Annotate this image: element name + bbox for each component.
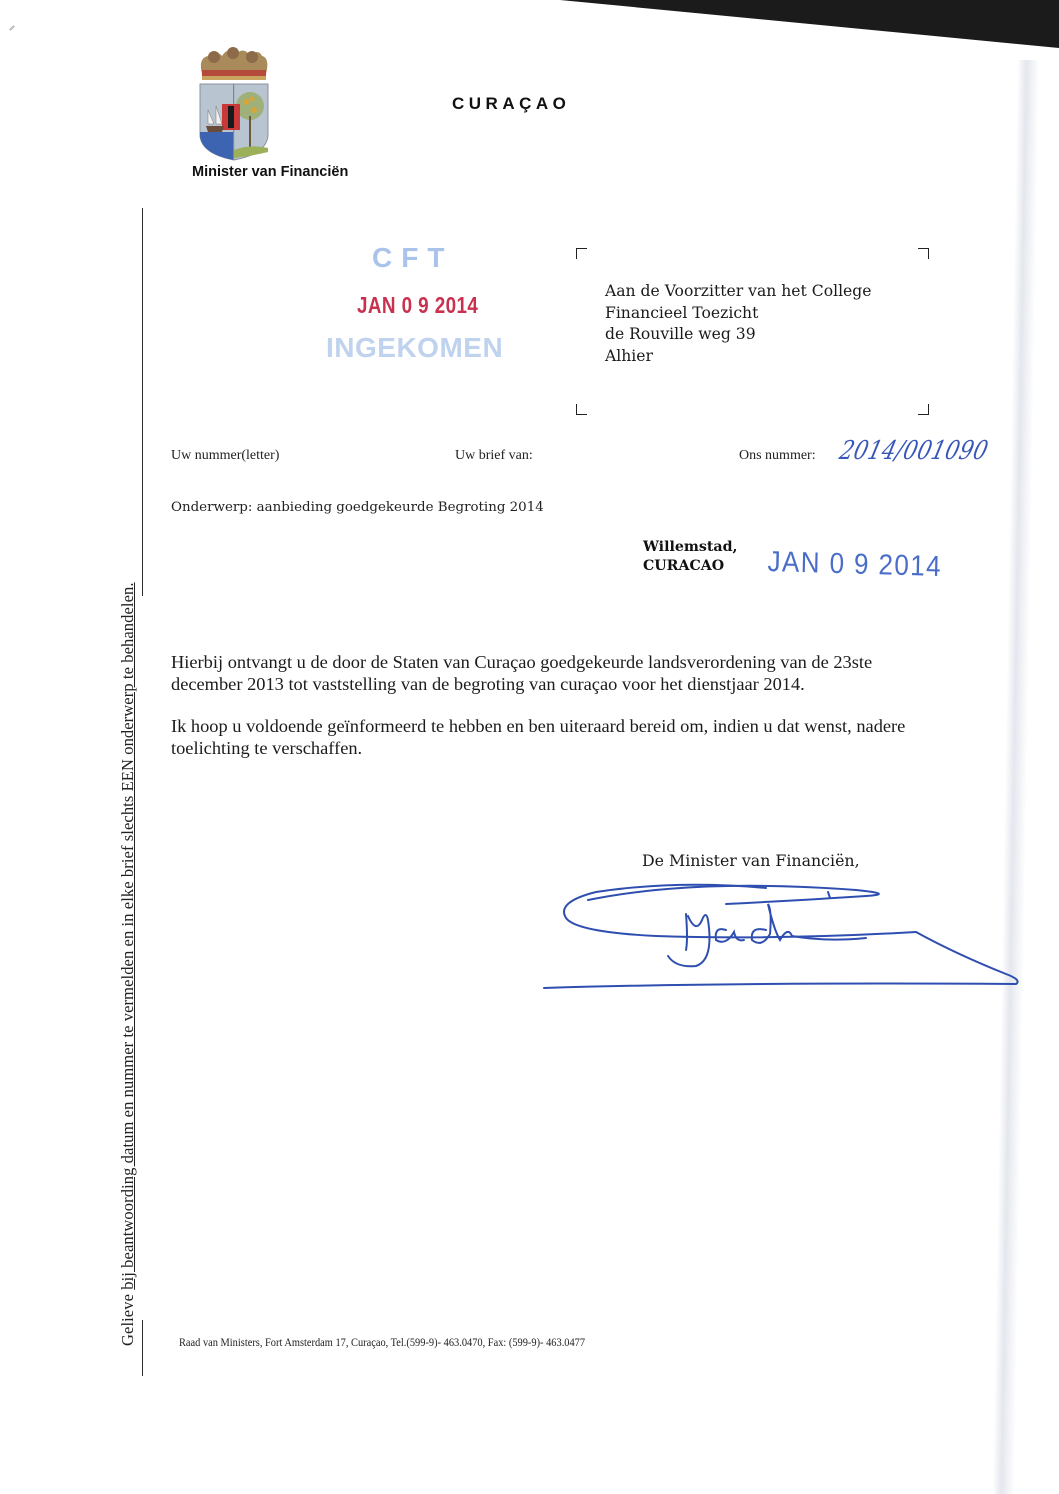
- our-number-label: Ons nummer:: [739, 448, 816, 464]
- country-name: CURAÇAO: [452, 94, 570, 114]
- ministry-name: Minister van Financiën: [192, 164, 348, 180]
- margin-note-rest: bij beantwoording datum en nummer te ver…: [118, 582, 137, 1289]
- address-line: Financieel Toezicht: [605, 303, 872, 325]
- body-paragraph: Ik hoop u voldoende geïnformeerd te hebb…: [171, 716, 931, 759]
- received-stamp-date: JAN 0 9 2014: [357, 292, 478, 319]
- address-corner-top-right: [918, 248, 929, 259]
- scan-fold-shadow: [992, 60, 1039, 1494]
- recipient-address: Aan de Voorzitter van het College Financ…: [605, 281, 872, 367]
- your-letter-label: Uw brief van:: [455, 448, 533, 464]
- address-line: de Rouville weg 39: [605, 324, 872, 346]
- margin-note: Gelieve bij beantwoording datum en numme…: [118, 486, 142, 1346]
- date-stamp: JAN 0 9 2014: [767, 546, 942, 584]
- margin-rule-bottom: [142, 1320, 143, 1376]
- received-stamp-org: CFT: [372, 242, 453, 274]
- body-paragraph: Hierbij ontvangt u de door de Staten van…: [171, 652, 931, 695]
- address-line: Alhier: [605, 346, 872, 368]
- address-corner-bottom-left: [576, 404, 587, 415]
- address-corner-top-left: [576, 248, 587, 259]
- coat-of-arms-icon: [192, 44, 274, 162]
- place-city: Willemstad,: [643, 538, 737, 557]
- margin-rule-top: [142, 208, 143, 596]
- scan-edge-shadow: [0, 0, 1059, 60]
- letter-body: Hierbij ontvangt u de door de Staten van…: [171, 652, 931, 780]
- your-number-label: Uw nummer(letter): [171, 448, 279, 464]
- address-line: Aan de Voorzitter van het College: [605, 281, 872, 303]
- our-number-handwritten: 2014/001090: [837, 436, 992, 466]
- margin-note-start: Gelieve: [118, 1290, 137, 1346]
- closing-line: De Minister van Financiën,: [642, 851, 860, 870]
- received-stamp-status: INGEKOMEN: [326, 332, 503, 364]
- place-country: CURACAO: [643, 557, 737, 576]
- footer-contact: Raad van Ministers, Fort Amsterdam 17, C…: [179, 1337, 585, 1349]
- place-of-writing: Willemstad, CURACAO: [643, 538, 737, 576]
- subject-line: Onderwerp: aanbieding goedgekeurde Begro…: [171, 500, 544, 515]
- address-corner-bottom-right: [918, 404, 929, 415]
- signature-icon: [536, 870, 1026, 1000]
